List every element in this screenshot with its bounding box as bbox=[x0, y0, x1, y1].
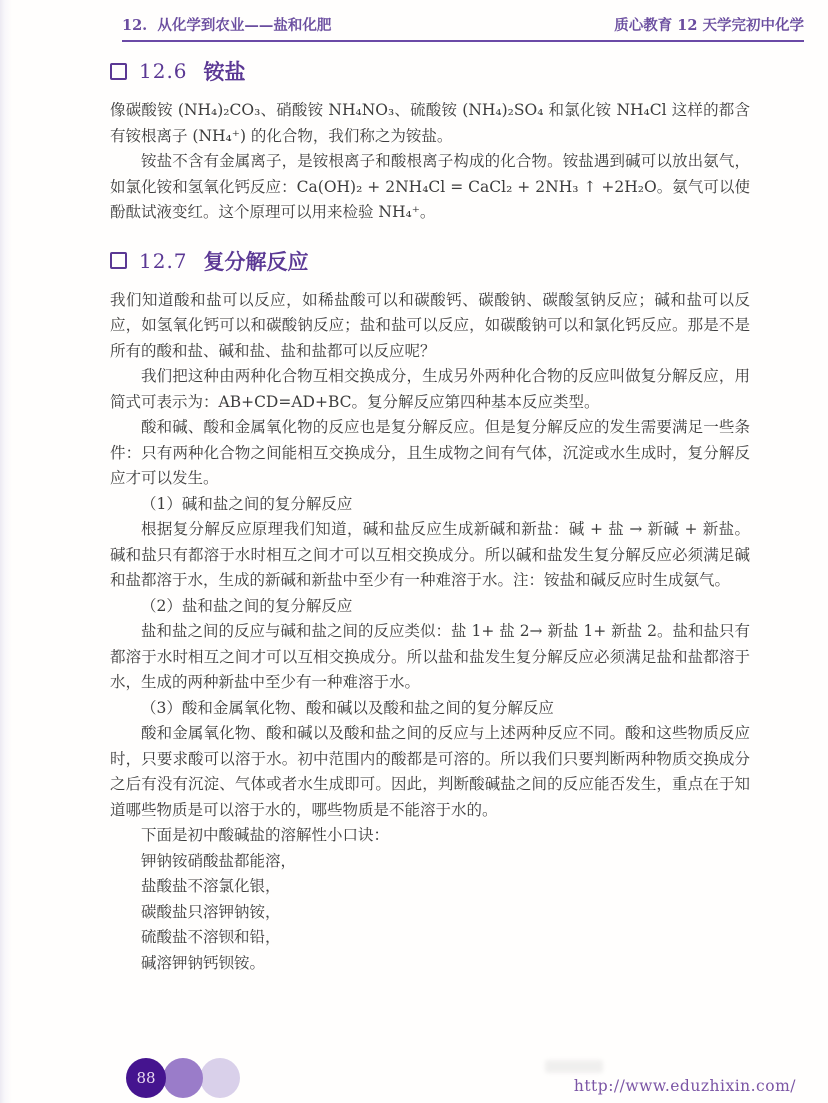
section-title: 铵盐 bbox=[204, 56, 246, 86]
section-number: 12.7 bbox=[139, 249, 188, 273]
verse-line: 钾钠铵硝酸盐都能溶， bbox=[110, 849, 750, 875]
verse-line: 硫酸盐不溶钡和铅， bbox=[110, 925, 750, 951]
paragraph: 盐和盐之间的反应与碱和盐之间的反应类似：盐 1+ 盐 2→ 新盐 1+ 新盐 2… bbox=[110, 619, 750, 696]
paragraph: 铵盐不含有金属离子，是铵根离子和酸根离子构成的化合物。铵盐遇到碱可以放出氨气，如… bbox=[110, 149, 750, 226]
section-heading-12-6: 12.6 铵盐 bbox=[110, 56, 750, 86]
page-number-badge: 88 bbox=[126, 1058, 166, 1098]
paragraph: 下面是初中酸碱盐的溶解性小口诀： bbox=[110, 823, 750, 849]
paragraph: 酸和金属氧化物、酸和碱以及酸和盐之间的反应与上述两种反应不同。酸和这些物质反应时… bbox=[110, 721, 750, 823]
page-edge-shading bbox=[0, 0, 12, 1103]
section-bullet-icon bbox=[110, 252, 127, 269]
subitem-heading-3: （3）酸和金属氧化物、酸和碱以及酸和盐之间的复分解反应 bbox=[110, 696, 750, 722]
chapter-title: 12. 从化学到农业——盐和化肥 bbox=[122, 14, 331, 35]
decorative-dot bbox=[163, 1058, 203, 1098]
subitem-heading-1: （1）碱和盐之间的复分解反应 bbox=[110, 492, 750, 518]
verse-line: 碱溶钾钠钙钡铵。 bbox=[110, 951, 750, 977]
paragraph: 我们知道酸和盐可以反应，如稀盐酸可以和碳酸钙、碳酸钠、碳酸氢钠反应；碱和盐可以反… bbox=[110, 288, 750, 365]
verse-line: 碳酸盐只溶钾钠铵， bbox=[110, 900, 750, 926]
decorative-dot bbox=[200, 1058, 240, 1098]
verse-line: 盐酸盐不溶氯化银， bbox=[110, 874, 750, 900]
section-heading-12-7: 12.7 复分解反应 bbox=[110, 246, 750, 276]
subitem-heading-2: （2）盐和盐之间的复分解反应 bbox=[110, 594, 750, 620]
paragraph: 像碳酸铵 (NH₄)₂CO₃、硝酸铵 NH₄NO₃、硫酸铵 (NH₄)₂SO₄ … bbox=[110, 98, 750, 149]
book-title: 质心教育 12 天学完初中化学 bbox=[614, 14, 804, 35]
page-body: 12.6 铵盐 像碳酸铵 (NH₄)₂CO₃、硝酸铵 NH₄NO₃、硫酸铵 (N… bbox=[110, 56, 750, 976]
paragraph: 我们把这种由两种化合物互相交换成分，生成另外两种化合物的反应叫做复分解反应，用简… bbox=[110, 364, 750, 415]
section-title: 复分解反应 bbox=[204, 246, 309, 276]
page-header: 12. 从化学到农业——盐和化肥 质心教育 12 天学完初中化学 bbox=[122, 14, 804, 42]
page-number-dots: 88 bbox=[126, 1058, 240, 1098]
publisher-url-link[interactable]: http://www.eduzhixin.com/ bbox=[574, 1077, 796, 1095]
paragraph: 酸和碱、酸和金属氧化物的反应也是复分解反应。但是复分解反应的发生需要满足一些条件… bbox=[110, 415, 750, 492]
textbook-page: 12. 从化学到农业——盐和化肥 质心教育 12 天学完初中化学 12.6 铵盐… bbox=[0, 0, 828, 1103]
paragraph: 根据复分解反应原理我们知道，碱和盐反应生成新碱和新盐：碱 + 盐 → 新碱 + … bbox=[110, 517, 750, 594]
section-bullet-icon bbox=[110, 63, 127, 80]
faint-watermark bbox=[545, 1060, 603, 1073]
section-number: 12.6 bbox=[139, 59, 188, 83]
